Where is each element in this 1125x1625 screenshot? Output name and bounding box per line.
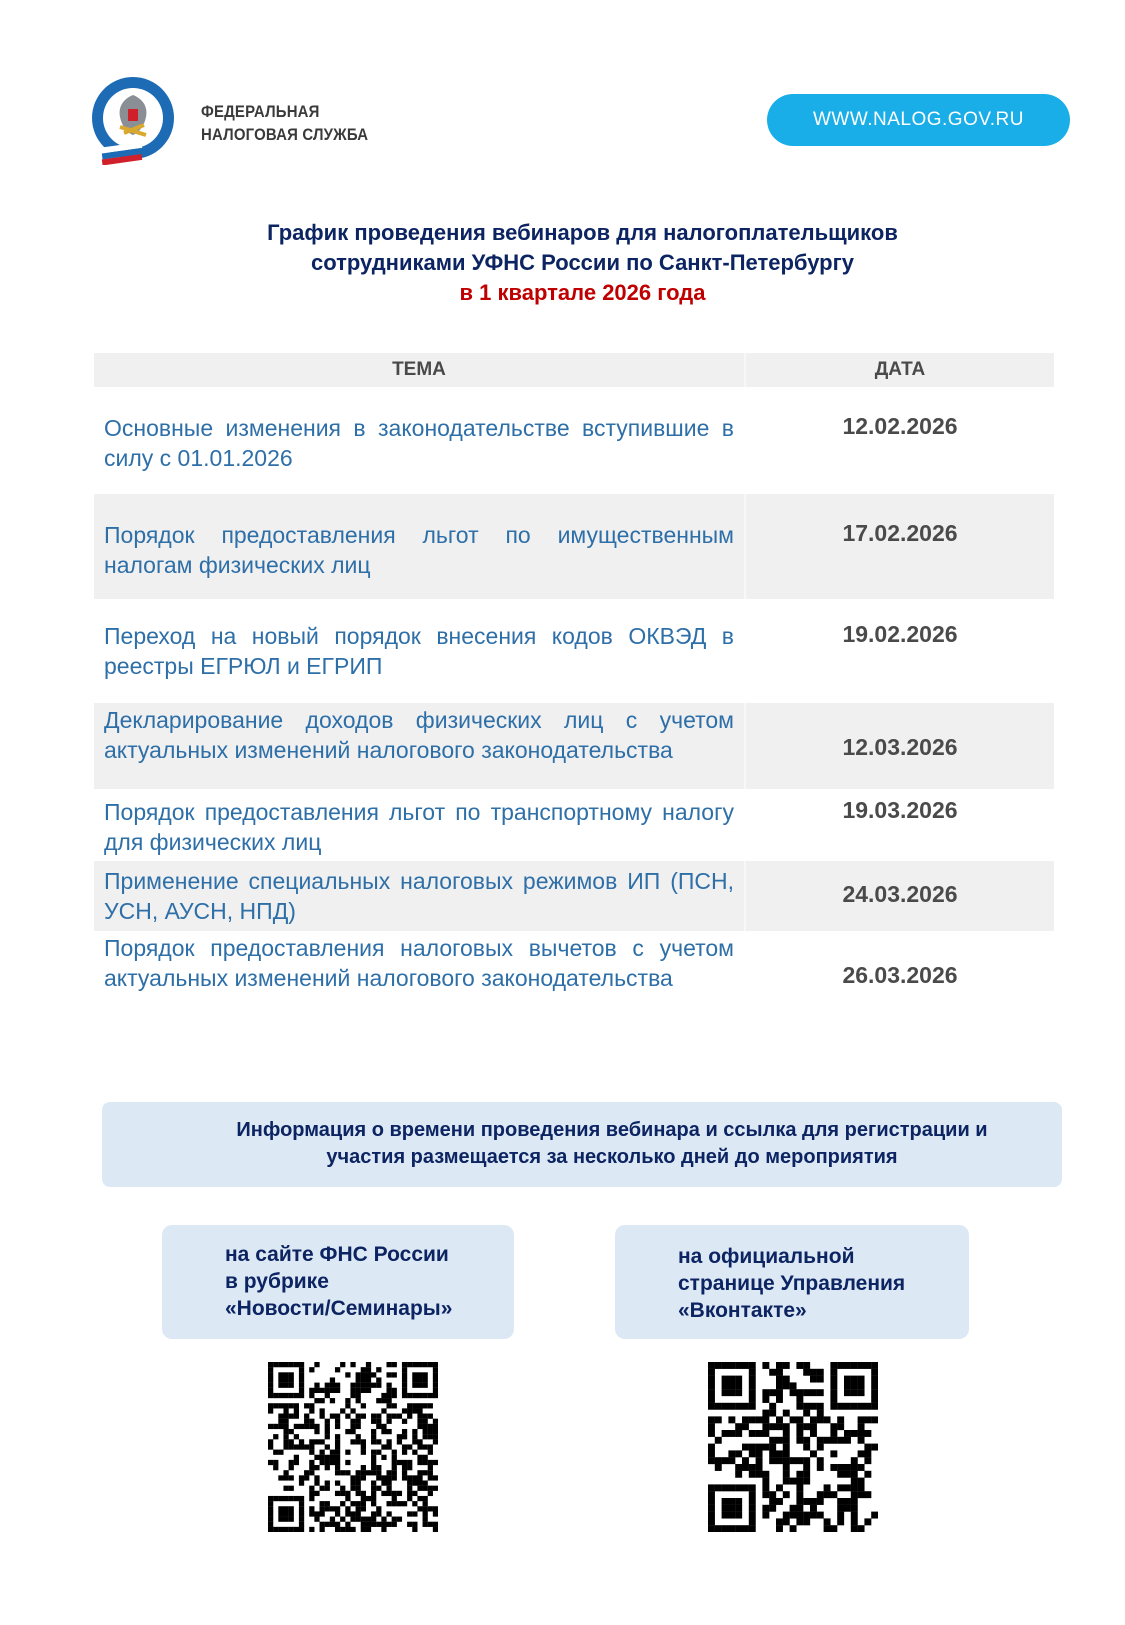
header-date: ДАТА — [744, 353, 1054, 387]
card-fns-site: на сайте ФНС России в рубрике «Новости/С… — [162, 1225, 514, 1339]
webinar-date: 26.03.2026 — [744, 931, 1054, 1017]
webinar-date: 24.03.2026 — [744, 861, 1054, 931]
info-line1: Информация о времени проведения вебинара… — [162, 1117, 1062, 1144]
webinar-date: 17.02.2026 — [744, 494, 1054, 599]
fns-emblem-logo — [90, 75, 176, 165]
webinar-date: 12.02.2026 — [744, 387, 1054, 494]
webinar-topic: Основные изменения в законодательстве вс… — [94, 387, 744, 494]
header-topic: ТЕМА — [94, 353, 744, 387]
table-row: Декларирование доходов физических лиц с … — [94, 703, 1054, 789]
card-vkontakte: на официальной странице Управления «Вкон… — [615, 1225, 969, 1339]
webinar-topic: Порядок предоставления налоговых вычетов… — [94, 931, 744, 1017]
webinar-topic: Порядок предоставления льгот по имуществ… — [94, 494, 744, 599]
table-row: Порядок предоставления льгот по транспор… — [94, 789, 1054, 861]
webinar-date: 19.03.2026 — [744, 789, 1054, 861]
card-line: в рубрике — [225, 1268, 514, 1295]
webinar-topic: Порядок предоставления льгот по транспор… — [94, 789, 744, 861]
page-title: График проведения вебинаров для налогопл… — [0, 218, 1125, 308]
card-line: «Новости/Семинары» — [225, 1295, 514, 1322]
webinar-topic: Применение специальных налоговых режимов… — [94, 861, 744, 931]
webinar-date: 19.02.2026 — [744, 599, 1054, 703]
org-name-line1: ФЕДЕРАЛЬНАЯ — [201, 100, 368, 123]
table-row: Переход на новый порядок внесения кодов … — [94, 599, 1054, 703]
card-line: странице Управления — [678, 1270, 969, 1297]
org-name-line2: НАЛОГОВАЯ СЛУЖБА — [201, 123, 368, 146]
qr-code-icon[interactable] — [708, 1362, 878, 1532]
card-line: на сайте ФНС России — [225, 1241, 514, 1268]
card-line: «Вконтакте» — [678, 1297, 969, 1324]
table-row: Применение специальных налоговых режимов… — [94, 861, 1054, 931]
table-row: Порядок предоставления льгот по имуществ… — [94, 494, 1054, 599]
title-line1: График проведения вебинаров для налогопл… — [0, 218, 1125, 248]
webinar-topic: Декларирование доходов физических лиц с … — [94, 703, 744, 789]
webinar-schedule-table: ТЕМА ДАТА Основные изменения в законодат… — [94, 353, 1054, 1017]
info-banner: Информация о времени проведения вебинара… — [102, 1102, 1062, 1187]
webinar-date: 12.03.2026 — [744, 703, 1054, 789]
website-link[interactable]: WWW.NALOG.GOV.RU — [767, 94, 1070, 146]
table-row: Порядок предоставления налоговых вычетов… — [94, 931, 1054, 1017]
info-line2: участия размещается за несколько дней до… — [162, 1144, 1062, 1171]
table-header: ТЕМА ДАТА — [94, 353, 1054, 387]
qr-code-icon[interactable] — [268, 1362, 438, 1532]
webinar-topic: Переход на новый порядок внесения кодов … — [94, 599, 744, 703]
title-period: в 1 квартале 2026 года — [0, 278, 1125, 308]
table-row: Основные изменения в законодательстве вс… — [94, 387, 1054, 494]
org-name: ФЕДЕРАЛЬНАЯ НАЛОГОВАЯ СЛУЖБА — [201, 100, 368, 146]
card-line: на официальной — [678, 1243, 969, 1270]
title-line2: сотрудниками УФНС России по Санкт-Петерб… — [0, 248, 1125, 278]
